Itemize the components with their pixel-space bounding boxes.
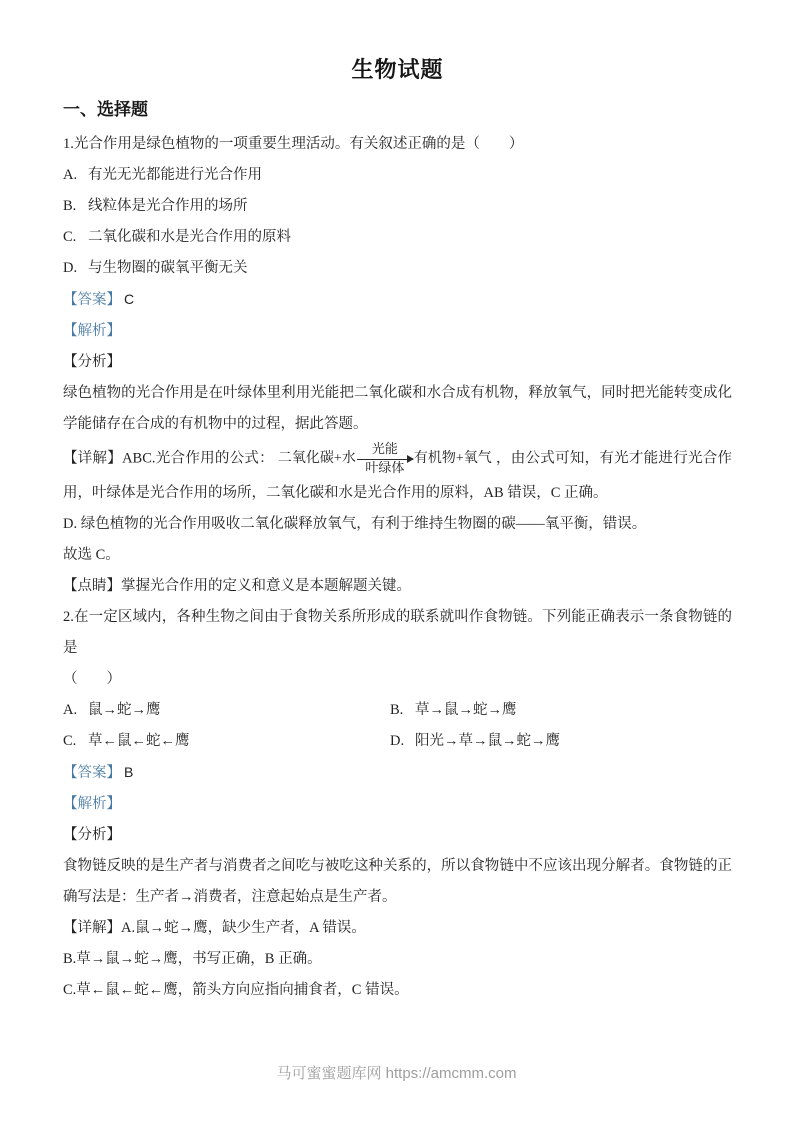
footer-watermark: 马可蜜蜜题库网 https://amcmm.com (0, 1062, 793, 1083)
option-label: C. (63, 222, 80, 253)
section-heading: 一、选择题 (63, 97, 732, 123)
option-text: 二氧化碳和水是光合作用的原料 (88, 229, 291, 245)
dianjing-label: 【点睛】 (63, 578, 121, 594)
formula-products: 有机物+氧气 (414, 443, 492, 474)
formula-site: 叶绿体 (365, 461, 404, 476)
answer-line: 【答案】C (63, 284, 732, 316)
option-row-d: D.与生物圈的碳氧平衡无关 (63, 253, 732, 284)
fenxi-label: 【分析】 (63, 827, 121, 843)
detail-a-line: 【详解】A.鼠→蛇→鹰，缺少生产者，A 错误。 (63, 913, 732, 944)
option-text: 有光无光都能进行光合作用 (88, 167, 262, 183)
fenxi-line: 【分析】 (63, 820, 732, 851)
options-grid: A.鼠→蛇→鹰 B.草→鼠→蛇→鹰 C.草←鼠←蛇←鹰 D.阳光→草→鼠→蛇→鹰 (63, 695, 732, 757)
document-title: 生物试题 (63, 56, 732, 84)
option-label: C. (63, 726, 80, 757)
option-row-a: A.有光无光都能进行光合作用 (63, 160, 732, 191)
fenxi-label: 【分析】 (63, 354, 121, 370)
detail-b-line: B.草→鼠→蛇→鹰，书写正确，B 正确。 (63, 944, 732, 975)
formula-reactants: 二氧化碳+水 (278, 443, 356, 474)
option-row-c: C.草←鼠←蛇←鹰 (63, 726, 390, 757)
jiexi-line: 【解析】 (63, 316, 732, 347)
question-2-stem-line2: （ ） (63, 664, 732, 695)
option-row-b: B.草→鼠→蛇→鹰 (390, 695, 732, 726)
xiangjie-label: 【详解】 (63, 920, 121, 936)
detail-intro: ABC.光合作用的公式： (122, 450, 274, 466)
option-text: 草←鼠←蛇←鹰 (88, 733, 190, 749)
right-arrow-icon (357, 459, 413, 460)
option-row-d: D.阳光→草→鼠→蛇→鹰 (390, 726, 732, 757)
option-text: 阳光→草→鼠→蛇→鹰 (415, 733, 560, 749)
option-label: A. (63, 160, 80, 191)
option-row-a: A.鼠→蛇→鹰 (63, 695, 390, 726)
option-text: 与生物圈的碳氧平衡无关 (88, 260, 248, 276)
jiexi-label: 【解析】 (63, 796, 121, 812)
dianjing-text: 掌握光合作用的定义和意义是本题解题关键。 (121, 578, 411, 594)
option-label: B. (63, 191, 80, 222)
question-2-stem-line1: 2.在一定区域内，各种生物之间由于食物关系所形成的联系就叫作食物链。下列能正确表… (63, 602, 732, 664)
detail-a-text: A.鼠→蛇→鹰，缺少生产者，A 错误。 (121, 920, 366, 936)
option-label: D. (390, 726, 407, 757)
formula-arrow-group: 光能叶绿体 (357, 442, 413, 476)
detail-paragraph: 【详解】ABC.光合作用的公式：二氧化碳+水光能叶绿体有机物+氧气，由公式可知，… (63, 440, 732, 509)
fenxi-line: 【分析】 (63, 347, 732, 378)
option-text: 草→鼠→蛇→鹰 (415, 702, 517, 718)
answer-label: 【答案】 (63, 292, 121, 308)
formula-condition: 光能 (372, 442, 398, 457)
option-label: A. (63, 695, 80, 726)
option-row-b: B.线粒体是光合作用的场所 (63, 191, 732, 222)
conclusion-line: 故选 C。 (63, 540, 732, 571)
question-1: 1.光合作用是绿色植物的一项重要生理活动。有关叙述正确的是（ ） A.有光无光都… (63, 129, 732, 602)
answer-label: 【答案】 (63, 765, 121, 781)
option-label: D. (63, 253, 80, 284)
xiangjie-label: 【详解】 (63, 450, 122, 466)
document-page: 生物试题 一、选择题 1.光合作用是绿色植物的一项重要生理活动。有关叙述正确的是… (0, 0, 793, 1122)
option-text: 线粒体是光合作用的场所 (88, 198, 248, 214)
question-2: 2.在一定区域内，各种生物之间由于食物关系所形成的联系就叫作食物链。下列能正确表… (63, 602, 732, 1006)
analysis-paragraph: 食物链反映的是生产者与消费者之间吃与被吃这种关系的，所以食物链中不应该出现分解者… (63, 851, 732, 913)
question-1-stem: 1.光合作用是绿色植物的一项重要生理活动。有关叙述正确的是（ ） (63, 129, 732, 160)
dianjing-line: 【点睛】掌握光合作用的定义和意义是本题解题关键。 (63, 571, 732, 602)
jiexi-label: 【解析】 (63, 323, 121, 339)
photosynthesis-formula: 二氧化碳+水光能叶绿体有机物+氧气 (278, 442, 492, 476)
answer-value: B (124, 764, 133, 780)
option-label: B. (390, 695, 407, 726)
detail-c-line: C.草←鼠←蛇←鹰，箭头方向应指向捕食者，C 错误。 (63, 975, 732, 1006)
detail-d-line: D. 绿色植物的光合作用吸收二氧化碳释放氧气，有利于维持生物圈的碳——氧平衡，错… (63, 509, 732, 540)
answer-value: C (124, 291, 134, 307)
answer-line: 【答案】B (63, 757, 732, 789)
option-row-c: C.二氧化碳和水是光合作用的原料 (63, 222, 732, 253)
option-text: 鼠→蛇→鹰 (88, 702, 161, 718)
jiexi-line: 【解析】 (63, 789, 732, 820)
analysis-paragraph: 绿色植物的光合作用是在叶绿体里利用光能把二氧化碳和水合成有机物，释放氧气，同时把… (63, 378, 732, 440)
